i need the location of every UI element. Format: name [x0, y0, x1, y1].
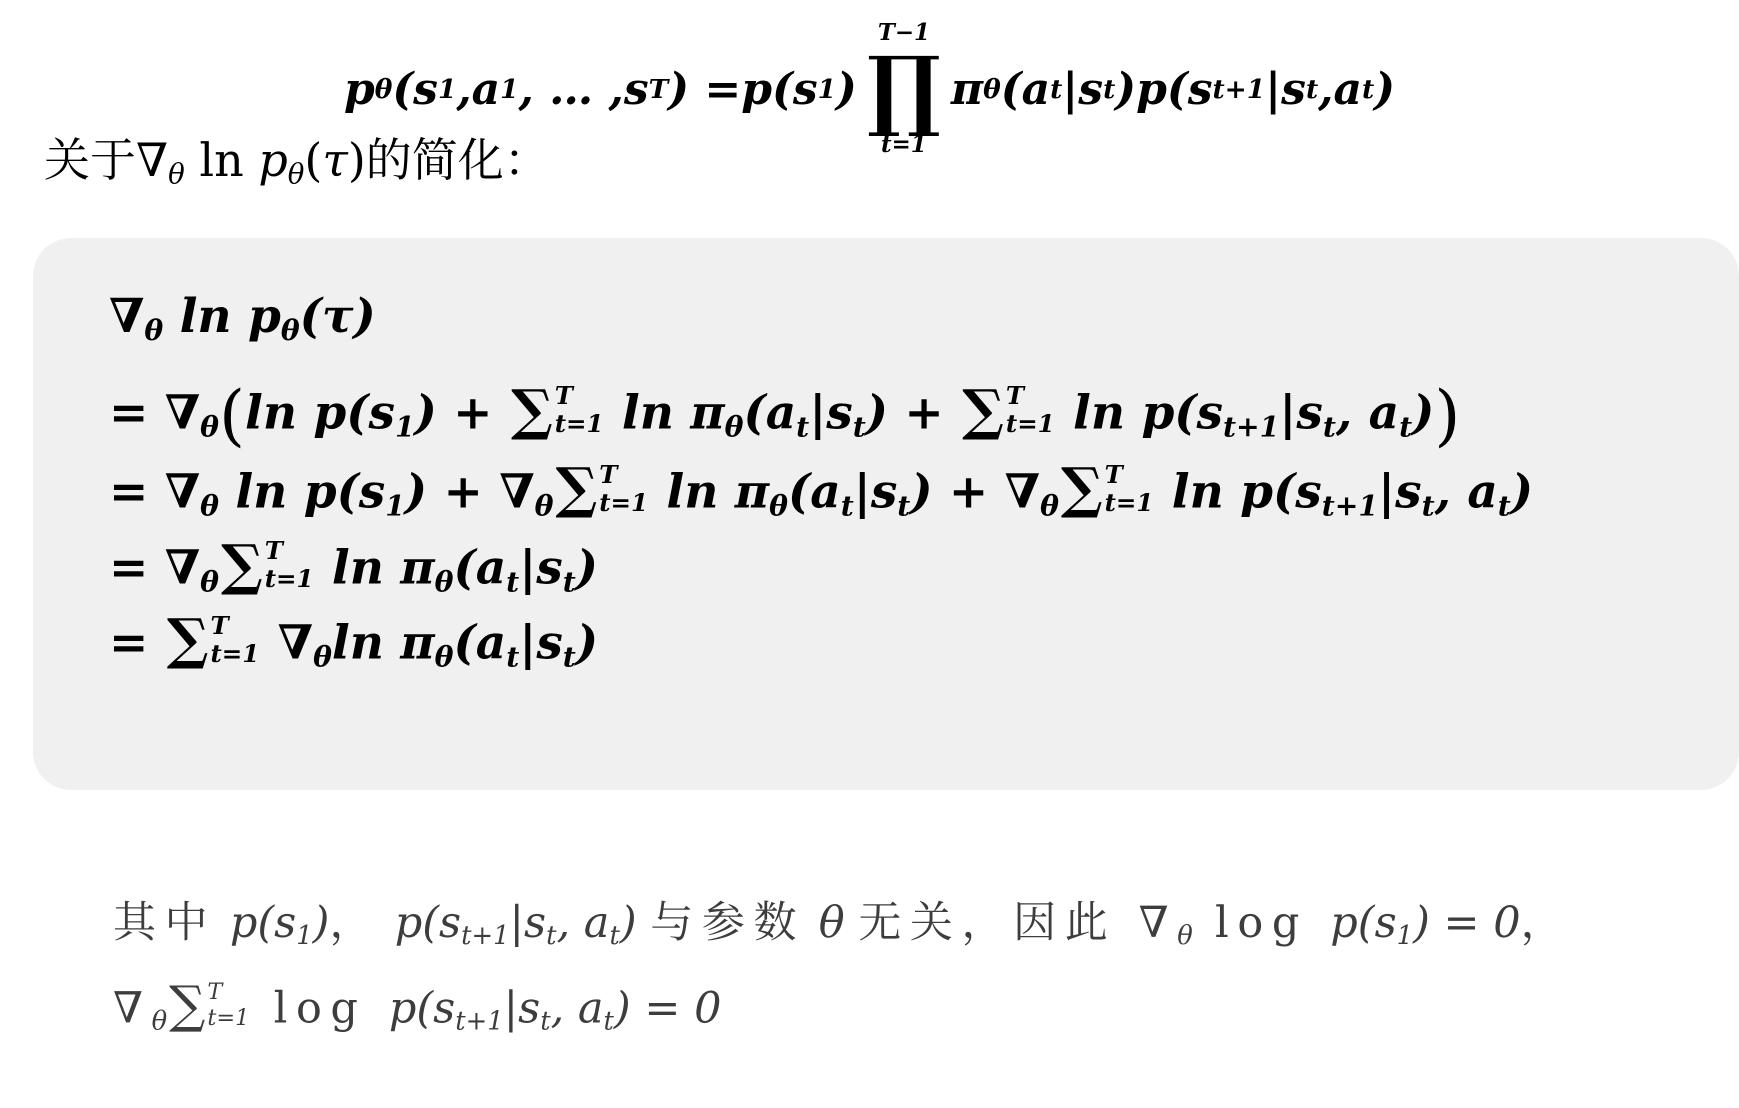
italic-text: π — [951, 64, 983, 115]
subscript: t — [1306, 74, 1318, 105]
upright-text: log — [251, 983, 389, 1033]
sum-operator: ∑Tt=1 — [169, 980, 249, 1031]
sum-limits: Tt=1 — [1006, 382, 1055, 438]
upright-text: 的简化： — [366, 133, 550, 187]
italic-text: ln p(s — [1057, 386, 1223, 441]
italic-text: ) = 0 — [1413, 898, 1521, 948]
upright-text: 其中 — [113, 898, 216, 948]
italic-text: |s — [1378, 464, 1422, 519]
sum-upper-limit: T — [265, 537, 283, 565]
subscript: t — [563, 640, 576, 673]
upright-text: ， — [329, 898, 381, 948]
upright-text: ( — [304, 133, 322, 187]
italic-text: | — [1062, 64, 1078, 115]
upright-text: ∇ — [1116, 898, 1177, 948]
sum-lower-limit: t=1 — [599, 489, 648, 517]
sum-glyph: ∑ — [511, 383, 553, 438]
upright-text: 无关，因此 — [858, 898, 1116, 948]
italic-text: ) — [620, 898, 650, 948]
section-heading: 关于∇θ ln pθ(τ)的简化： — [44, 124, 550, 191]
italic-text: , a — [1336, 386, 1399, 441]
subscript: t — [897, 489, 910, 522]
sum-upper-limit: T — [555, 382, 573, 410]
upright-text: ∇ — [136, 133, 168, 187]
sum-glyph: ∑ — [1061, 461, 1103, 516]
italic-text: = — [109, 541, 165, 596]
italic-text: ( — [392, 64, 413, 115]
italic-text: s — [1188, 64, 1213, 115]
subscript: θ — [983, 74, 1001, 105]
subscript: t — [1050, 74, 1062, 105]
italic-text: (a — [743, 386, 796, 441]
italic-text: θ — [805, 898, 858, 948]
subscript: 1 — [395, 410, 415, 443]
sum-operator: ∑Tt=1 — [1061, 461, 1154, 517]
subscript: θ — [200, 565, 219, 598]
subscript: 1 — [818, 74, 836, 105]
italic-text: ) — [1374, 64, 1395, 115]
sum-operator: ∑Tt=1 — [555, 461, 648, 517]
big-parenthesis: ) — [1434, 389, 1460, 442]
italic-text: | — [1265, 64, 1281, 115]
upright-text: ∇ — [113, 983, 152, 1033]
sum-limits: Tt=1 — [599, 461, 648, 517]
upright-text: ∇ — [165, 386, 200, 441]
subscript: θ — [725, 410, 744, 443]
sum-upper-limit: T — [1105, 461, 1123, 489]
upright-text: ∇ — [1005, 464, 1040, 519]
upright-text: ∇ — [499, 464, 534, 519]
italic-text: ln p(s — [219, 464, 385, 519]
subscript: t+1 — [1212, 74, 1265, 105]
sum-lower-limit: t=1 — [207, 1006, 249, 1032]
subscript: t+1 — [1322, 489, 1378, 522]
derivation-step-4: = ∇θ∑Tt=1 ln πθ(at|st) — [109, 537, 1709, 600]
italic-text: ) — [836, 64, 857, 115]
sum-lower-limit: t=1 — [211, 640, 260, 668]
subscript: θ — [200, 410, 219, 443]
italic-text: p — [344, 64, 375, 115]
italic-text: ln p(s — [245, 386, 395, 441]
sum-glyph: ∑ — [962, 383, 1004, 438]
explanation-paragraph: 其中 p(s1)， p(st+1|st, at) 与参数 θ 无关，因此 ∇θ … — [113, 902, 1572, 1065]
sum-upper-limit: T — [207, 980, 222, 1006]
italic-text: a — [1333, 64, 1362, 115]
italic-text: s — [624, 64, 649, 115]
sum-glyph: ∑ — [221, 538, 263, 593]
sum-lower-limit: t=1 — [1006, 410, 1055, 438]
subscript: θ — [535, 489, 554, 522]
subscript: t+1 — [1223, 410, 1279, 443]
italic-text: , a — [1435, 464, 1498, 519]
sum-operator: ∑Tt=1 — [221, 537, 314, 593]
subscript: t — [540, 1007, 550, 1037]
upright-text: ln — [185, 133, 259, 187]
subscript: θ — [1177, 921, 1193, 951]
subscript: T — [649, 74, 669, 105]
italic-text: |s — [809, 386, 853, 441]
big-parenthesis: ( — [219, 389, 245, 442]
subscript: t — [1103, 74, 1115, 105]
subscript: θ — [435, 640, 454, 673]
italic-text: (a — [453, 615, 506, 670]
upright-text: log — [1193, 898, 1331, 948]
sum-upper-limit: T — [1006, 382, 1024, 410]
subscript: θ — [313, 640, 332, 673]
italic-text: ) + — [405, 464, 499, 519]
subscript: θ — [144, 314, 163, 347]
italic-text: ) — [576, 541, 598, 596]
product-lower-limit: t=1 — [881, 131, 927, 160]
sum-upper-limit: T — [599, 461, 617, 489]
sum-glyph: ∑ — [169, 980, 205, 1031]
italic-text: ln p(s — [1155, 464, 1321, 519]
italic-text: (a — [453, 541, 506, 596]
sum-operator: ∑Tt=1 — [167, 612, 260, 668]
subscript: θ — [288, 158, 305, 191]
italic-text: ln p — [163, 289, 281, 344]
subscript: t — [841, 489, 854, 522]
product-operator: T−1∏t=1 — [867, 19, 941, 160]
italic-text: ln π — [332, 615, 435, 670]
italic-text: = — [109, 386, 165, 441]
italic-text: ) — [1115, 64, 1136, 115]
sum-limits: Tt=1 — [555, 382, 604, 438]
derivation-step-1: ∇θ ln pθ(τ) — [109, 288, 1709, 348]
italic-text: ) = 0 — [614, 983, 722, 1033]
upright-text: ∇ — [261, 615, 313, 670]
italic-text: = — [109, 464, 165, 519]
subscript: θ — [1040, 489, 1059, 522]
subscript: t — [853, 410, 866, 443]
italic-text: ) — [313, 898, 330, 948]
explanation-line-2: ∇θ∑Tt=1 log p(st+1|st, at) = 0 — [113, 980, 1572, 1035]
derivation-step-2: = ∇θ(ln p(s1) + ∑Tt=1 ln πθ(at|st) + ∑Tt… — [109, 382, 1709, 445]
subscript: θ — [281, 314, 300, 347]
italic-text: ln π — [605, 386, 724, 441]
italic-text: a — [1022, 64, 1051, 115]
derivation-step-3: = ∇θ ln p(s1) + ∇θ∑Tt=1 ln πθ(at|st) + ∇… — [109, 461, 1709, 524]
subscript: t — [563, 565, 576, 598]
italic-text: ( — [1001, 64, 1022, 115]
italic-text: ) — [576, 615, 598, 670]
italic-text: (τ) — [300, 289, 376, 344]
italic-text: ) — [1412, 386, 1434, 441]
subscript: 1 — [1397, 921, 1413, 951]
sum-limits: Tt=1 — [207, 980, 249, 1031]
italic-text: p — [741, 64, 772, 115]
italic-text: s — [413, 64, 438, 115]
subscript: t — [1399, 410, 1412, 443]
subscript: t — [609, 921, 619, 951]
italic-text: ( — [1167, 64, 1188, 115]
italic-text: |s — [510, 898, 547, 948]
italic-text: s — [1281, 64, 1306, 115]
sum-lower-limit: t=1 — [555, 410, 604, 438]
subscript: t — [1362, 74, 1374, 105]
italic-text: (a — [788, 464, 841, 519]
upright-text: ∇ — [165, 541, 200, 596]
subscript: t+1 — [461, 921, 509, 951]
subscript: t — [546, 921, 556, 951]
subscript: 1 — [385, 489, 405, 522]
subscript: θ — [200, 489, 219, 522]
italic-text: ( — [772, 64, 793, 115]
subscript: 1 — [296, 921, 312, 951]
italic-text: p(s — [216, 898, 296, 948]
sum-limits: Tt=1 — [265, 537, 314, 593]
italic-text: p(s — [381, 898, 461, 948]
italic-text: |s — [1279, 386, 1323, 441]
subscript: 1 — [438, 74, 456, 105]
italic-text: s — [1078, 64, 1103, 115]
product-glyph: ∏ — [867, 47, 941, 131]
subscript: t — [506, 565, 519, 598]
subscript: t+1 — [455, 1007, 503, 1037]
sum-glyph: ∑ — [555, 461, 597, 516]
italic-text: p — [1136, 64, 1167, 115]
italic-text: p(s — [389, 983, 455, 1033]
sum-lower-limit: t=1 — [265, 565, 314, 593]
italic-text: ) + — [415, 386, 509, 441]
subscript: 1 — [500, 74, 518, 105]
sum-operator: ∑Tt=1 — [511, 382, 604, 438]
italic-text: ln π — [316, 541, 435, 596]
italic-text: , — [1318, 64, 1333, 115]
derivation-step-5: = ∑Tt=1 ∇θln πθ(at|st) — [109, 612, 1709, 675]
sum-lower-limit: t=1 — [1105, 489, 1154, 517]
sum-upper-limit: T — [211, 612, 229, 640]
subscript: t — [1498, 489, 1511, 522]
italic-text: p(s — [1330, 898, 1396, 948]
italic-text: ) + — [866, 386, 960, 441]
sum-glyph: ∑ — [167, 612, 209, 667]
subscript: θ — [375, 74, 393, 105]
italic-text: s — [793, 64, 818, 115]
subscript: θ — [769, 489, 788, 522]
subscript: θ — [168, 158, 185, 191]
italic-text: p — [258, 133, 287, 187]
italic-text: |s — [519, 541, 563, 596]
subscript: t — [604, 1007, 614, 1037]
upright-text: 与参数 — [650, 898, 805, 948]
sum-limits: Tt=1 — [211, 612, 260, 668]
upright-text: ) — [348, 133, 366, 187]
subscript: t — [796, 410, 809, 443]
italic-text: ) — [1511, 464, 1533, 519]
upright-text: ， — [1521, 898, 1573, 948]
italic-text: a — [472, 64, 501, 115]
sum-operator: ∑Tt=1 — [962, 382, 1055, 438]
subscript: t — [1422, 489, 1435, 522]
upright-text: ∇ — [109, 289, 144, 344]
upright-text: ∇ — [165, 464, 200, 519]
subscript: θ — [435, 565, 454, 598]
italic-text: , a — [551, 983, 604, 1033]
italic-text: , — [456, 64, 471, 115]
italic-text: |s — [854, 464, 898, 519]
upright-text: 关于 — [44, 133, 136, 187]
italic-text: ln π — [650, 464, 769, 519]
italic-text: , … , — [519, 64, 624, 115]
derivation-box: ∇θ ln pθ(τ) = ∇θ(ln p(s1) + ∑Tt=1 ln πθ(… — [33, 238, 1739, 790]
subscript: t — [506, 640, 519, 673]
italic-text: τ — [322, 133, 347, 187]
subscript: t — [1323, 410, 1336, 443]
italic-text: |s — [504, 983, 541, 1033]
italic-text: |s — [519, 615, 563, 670]
italic-text: ) + — [910, 464, 1004, 519]
italic-text: ) = — [668, 64, 741, 115]
explanation-line-1: 其中 p(s1)， p(st+1|st, at) 与参数 θ 无关，因此 ∇θ … — [113, 902, 1572, 950]
italic-text: , a — [556, 898, 609, 948]
italic-text: = — [109, 615, 165, 670]
subscript: θ — [152, 1007, 168, 1037]
sum-limits: Tt=1 — [1105, 461, 1154, 517]
